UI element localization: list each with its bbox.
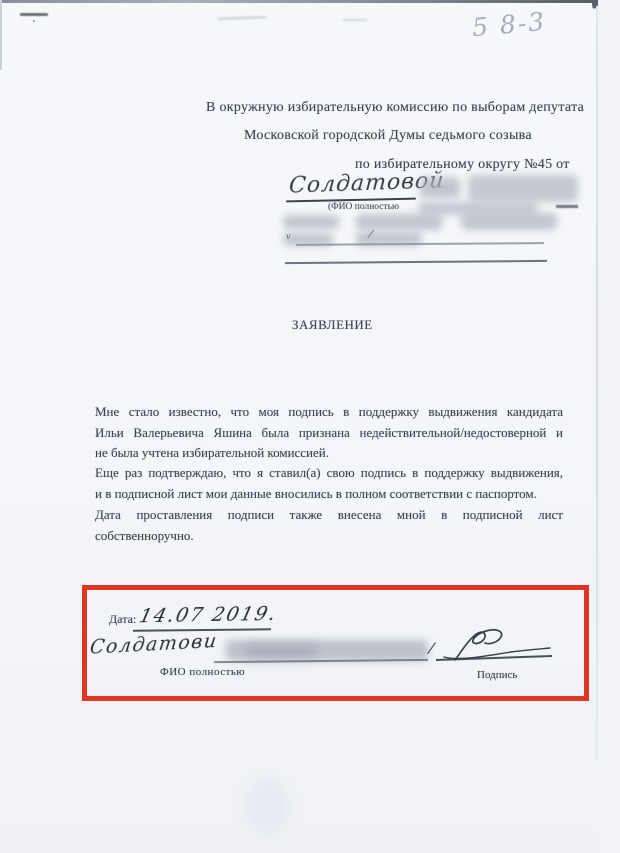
paragraph: Дата проставления подписи также внесена … <box>95 505 563 546</box>
body-text-line: Ильи Валерьевича Яшина была признана нед… <box>95 423 563 444</box>
scan-smudge <box>218 16 266 20</box>
redacted-block <box>283 215 339 229</box>
redacted-block <box>356 214 442 230</box>
body-text-line: собственноручно. <box>95 526 563 547</box>
redacted-block <box>246 643 316 658</box>
body-text-line: Еще раз подтверждаю, что я ставил(а) сво… <box>95 463 563 484</box>
addressee-line: В окружную избирательную комиссию по выб… <box>206 100 584 116</box>
addressee-line: Московской городской Думы седьмого созыв… <box>244 128 532 144</box>
scan-smudge <box>245 778 289 834</box>
paragraph: Мне стало известно, что моя подпись в по… <box>95 402 563 464</box>
paragraph: Еще раз подтверждаю, что я ставил(а) сво… <box>95 463 563 504</box>
scan-smudge <box>343 19 367 21</box>
redacted-block <box>468 175 578 202</box>
handwritten-page-number: 5 8-3 <box>471 7 547 42</box>
body-text-line: не была учтена избирательной комиссией. <box>95 443 563 464</box>
date-label: Дата: <box>109 612 136 627</box>
paper-edge-band <box>598 0 620 853</box>
body-text-line: Мне стало известно, что моя подпись в по… <box>95 402 563 423</box>
full-name-caption: (ФИО полностью <box>328 202 399 212</box>
full-name-caption: ФИО полностью <box>160 666 245 678</box>
pen-dash-mark <box>20 13 48 16</box>
signature-caption: Подпись <box>477 669 517 681</box>
paper-fold-line <box>596 6 598 760</box>
redacted-block <box>420 177 460 198</box>
scan-left-edge <box>0 0 2 70</box>
handwritten-signature <box>441 626 553 666</box>
pen-dot-mark <box>33 20 35 22</box>
scanned-document-page: 5 8-3 В окружную избирательную комиссию … <box>0 0 620 853</box>
form-line <box>296 242 544 246</box>
body-text-line: Дата проставления подписи также внесена … <box>95 505 563 526</box>
body-text-line: и в подписной лист мои данные вносились … <box>95 484 563 505</box>
redacted-block <box>461 213 557 230</box>
document-title: ЗАЯВЛЕНИЕ <box>292 317 373 333</box>
form-dash <box>556 205 578 208</box>
handwriting-remnant: v <box>286 232 291 241</box>
scan-top-edge <box>0 0 620 3</box>
form-line <box>285 260 547 264</box>
handwritten-date: 14.07 2019. <box>137 603 280 627</box>
